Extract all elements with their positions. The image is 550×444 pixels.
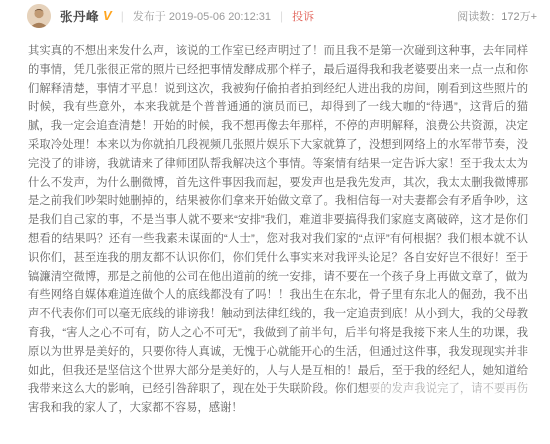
post-body: 其实真的不想出来发什么声，该说的工作室已经声明过了！而且我不是第一次碰到这种事，… [28,42,528,418]
avatar-image [27,4,51,28]
username[interactable]: 张丹峰 [60,7,99,25]
header-divider: | [121,9,124,23]
read-count: 阅读数：172万+ [457,8,537,24]
verified-badge-icon: V [103,9,112,22]
user-avatar[interactable] [27,4,51,28]
post-header: 张丹峰 V | 发布于 2019-05-06 20:12:31 | 投诉 阅读数… [0,0,550,28]
header-divider: | [280,9,283,23]
weibo-post: 张丹峰 V | 发布于 2019-05-06 20:12:31 | 投诉 阅读数… [0,0,550,444]
post-content-text: 其实真的不想出来发什么声，该说的工作室已经声明过了！而且我不是第一次碰到这种事，… [28,42,528,418]
publish-time: 发布于 2019-05-06 20:12:31 [133,8,271,24]
report-button[interactable]: 投诉 [292,8,314,24]
